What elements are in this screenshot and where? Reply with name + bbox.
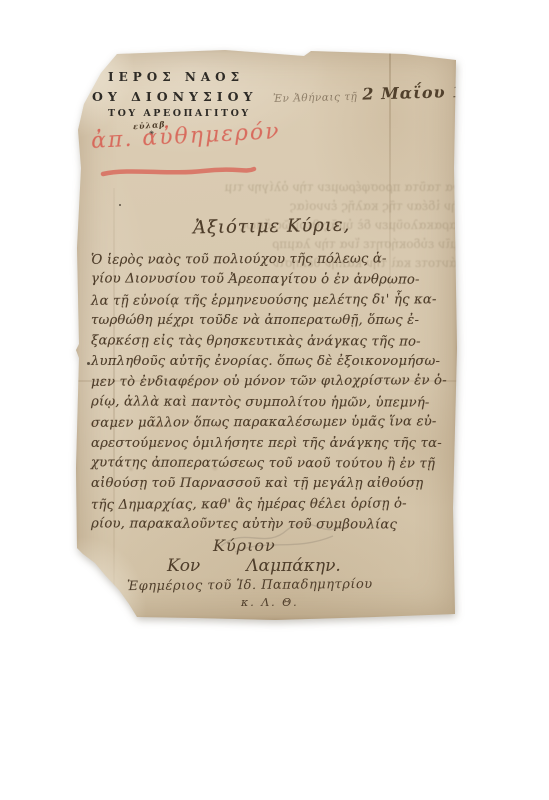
dateline: Ἐν Ἀθήναις τῇ 2 Μαΐου 1910 [273, 81, 457, 106]
body-line: τωρθώθη μέχρι τοῦδε νὰ ἀποπερατωθῇ, ὅπως… [91, 311, 451, 331]
closing-abbrev: Κον [167, 556, 200, 576]
red-underline-stroke [99, 164, 259, 180]
ink-speck [87, 362, 90, 365]
salutation: Ἀξιότιμε Κύριε, [193, 215, 351, 239]
addressee-surname: Λαμπάκην. [246, 556, 341, 576]
ink-speck [119, 204, 121, 206]
closing-addressee-title: Κύριον [213, 536, 276, 555]
letterhead-line-3: ΤΟΥ ΑΡΕΟΠΑΓΙΤΟΥ [108, 108, 251, 119]
letter-paper-wrapper: ἵνα ταῦτα προσφέρωμεν τὴν ὀλίγην τιμτὴν … [75, 48, 457, 620]
body-line: ξαρκέσῃ εἰς τὰς θρησκευτικὰς ἀνάγκας τῆς… [91, 331, 451, 353]
date-place: Ἐν Ἀθήναις τῇ [273, 91, 358, 105]
bleedthrough-line: τὴν ἰδέαν τῆς καλῆς ἐννοίας [163, 197, 457, 216]
body-line: λα τῇ εὐνοίᾳ τῆς ἑρμηνευούσης μελέτης δι… [91, 290, 451, 312]
body-line: αρεστούμενος ὁμιλήσητε περὶ τῆς ἀνάγκης … [91, 434, 451, 454]
letterhead-line-1: ΙΕΡΟΣ ΝΑΟΣ [108, 70, 244, 84]
letterhead-line-2: ΟΥ ΔΙΟΝΥΣΙΟΥ [92, 89, 257, 104]
signature-line: Ἐφημέριος τοῦ Ἱδ. Παπαδημητρίου [127, 577, 373, 594]
letter-paper: ἵνα ταῦτα προσφέρωμεν τὴν ὀλίγην τιμτὴν … [75, 48, 457, 620]
body-line: ρίῳ, ἀλλὰ καὶ παντὸς συμπολίτου ἡμῶν, ὑπ… [91, 392, 451, 414]
closing-addressee-name: ΚονΛαμπάκην. [167, 556, 341, 576]
scan-background: ἵνα ταῦτα προσφέρωμεν τὴν ὀλίγην τιμτὴν … [0, 0, 549, 800]
signature-initials: κ. Λ. Θ. [241, 596, 299, 609]
body-line: τῆς Δημαρχίας, καθ' ἃς ἡμέρας θέλει ὁρίσ… [91, 494, 451, 516]
body-line: σαμεν μᾶλλον ὅπως παρακαλέσωμεν ὑμᾶς ἵνα… [91, 412, 451, 434]
body-line: λυπληθοῦς αὐτῆς ἐνορίας. ὅπως δὲ ἐξοικον… [91, 352, 451, 372]
body-line: Ὁ ἱερὸς ναὸς τοῦ πολιούχου τῆς πόλεως ἁ- [91, 249, 451, 271]
body-line: γίου Διονυσίου τοῦ Ἀρεοπαγίτου ὁ ἐν ἀνθρ… [91, 270, 451, 292]
letter-body: Ὁ ἱερὸς ναὸς τοῦ πολιούχου τῆς πόλεως ἁ-… [91, 250, 451, 536]
body-line: αἰθούσῃ τοῦ Παρνασσοῦ καὶ τῇ μεγάλῃ αἰθο… [91, 474, 451, 494]
bleedthrough-line: ἵνα ταῦτα προσφέρωμεν τὴν ὀλίγην τιμ [163, 178, 457, 197]
body-line: χυτάτης ἀποπερατώσεως τοῦ ναοῦ τούτου ἢ … [91, 453, 451, 475]
body-line: μεν τὸ ἐνδιαφέρον οὐ μόνον τῶν φιλοχρίστ… [91, 372, 451, 394]
date-value: 2 Μαΐου 1910 [362, 81, 457, 104]
